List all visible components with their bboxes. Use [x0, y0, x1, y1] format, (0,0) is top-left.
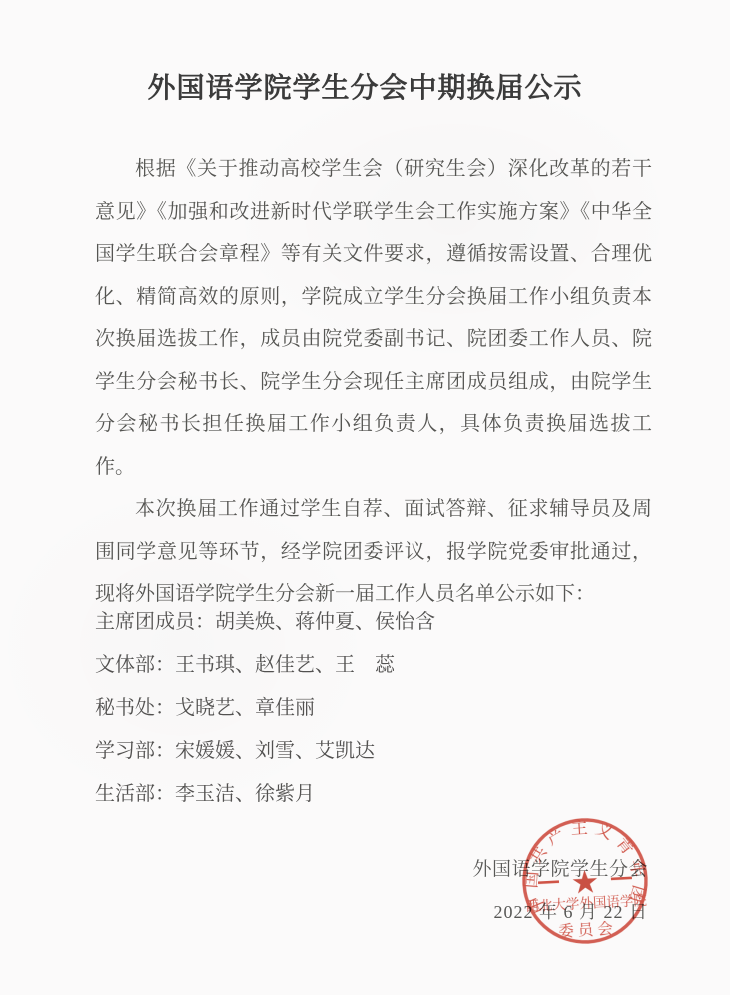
- seal-org-text: 西北大学外国语学院: [525, 892, 648, 914]
- roster-line-life: 生活部：李玉洁、徐紫月: [95, 773, 435, 816]
- document-body: 根据《关于推动高校学生会（研究生会）深化改革的若干意见》《加强和改进新时代学联学…: [95, 148, 652, 616]
- roster-list: 主席团成员：胡美焕、蒋仲夏、侯怡含 文体部：王书琪、赵佳艺、王 蕊 秘书处：戈晓…: [95, 601, 435, 816]
- roster-line-secretariat: 秘书处：戈晓艺、章佳丽: [95, 687, 435, 730]
- roster-line-arts-sports: 文体部：王书琪、赵佳艺、王 蕊: [95, 644, 435, 687]
- seal-graphic: 中国共产主义青年团 ★ 西北大学外国语学院 委员会: [497, 793, 674, 970]
- body-paragraph-1: 根据《关于推动高校学生会（研究生会）深化改革的若干意见》《加强和改进新时代学联学…: [95, 148, 652, 488]
- scanned-announcement-page: 外国语学院学生分会中期换届公示 根据《关于推动高校学生会（研究生会）深化改革的若…: [0, 0, 730, 995]
- official-seal: 中国共产主义青年团 ★ 西北大学外国语学院 委员会: [497, 793, 674, 970]
- seal-right-dash: [611, 877, 632, 881]
- seal-committee-text: 委员会: [558, 919, 617, 940]
- seal-left-dash: [538, 880, 559, 884]
- body-paragraph-2: 本次换届工作通过学生自荐、面试答辩、征求辅导员及周围同学意见等环节，经学院团委评…: [95, 488, 652, 616]
- roster-line-study: 学习部：宋媛媛、刘雪、艾凯达: [95, 730, 435, 773]
- page-title: 外国语学院学生分会中期换届公示: [0, 66, 730, 106]
- roster-line-presidium: 主席团成员：胡美焕、蒋仲夏、侯怡含: [95, 601, 435, 644]
